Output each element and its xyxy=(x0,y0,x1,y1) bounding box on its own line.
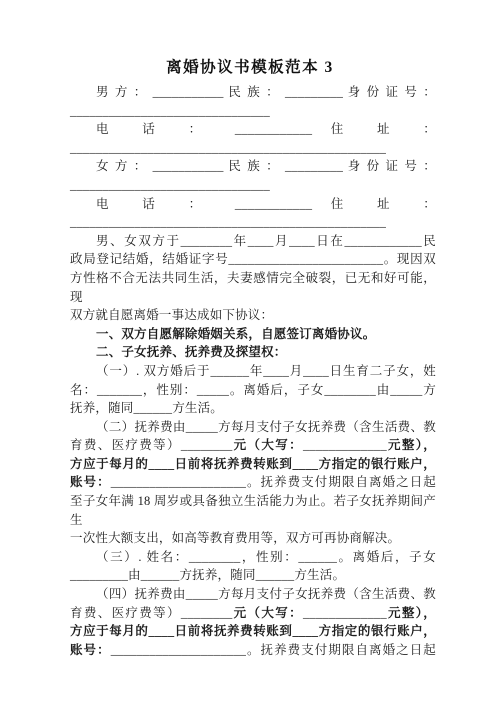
blank-field: ________________________________________… xyxy=(70,215,386,229)
text-segment: 账号： xyxy=(70,643,111,657)
text-segment: 元整）， xyxy=(387,438,436,452)
text-segment: 政局登记结婚，结婚证字号________________________。现因双 xyxy=(70,252,436,266)
text-segment: （四）抚养费由_____方每月支付子女抚养费（含生活费、教 xyxy=(96,587,436,601)
text-segment: 方应于每月的____日前将抚养费转账到____方指定的银行账户， xyxy=(70,624,436,638)
document-line: 账号：_____________________。抚养费支付期限自离婚之日起 xyxy=(70,641,436,660)
document-line: 男、女双方于________年____月____日在____________民 xyxy=(70,232,436,251)
document-line: 电 话 ： ____________ 住 址 ： xyxy=(70,120,436,139)
document-line: ________________________________________… xyxy=(70,139,436,158)
document-title: 离婚协议书模板范本 3 xyxy=(0,57,500,78)
document-page: 离婚协议书模板范本 3 男 方 ： ___________ 民 族 ： ____… xyxy=(0,0,500,707)
text-segment: 至子女年满 18 周岁或具备独立生活能力为止。若子女抚养期间产生 xyxy=(70,494,436,527)
text-segment: _________由______方抚养，随同______方生活。 xyxy=(70,568,345,582)
text-segment: 二、子女抚养、抚养费及探望权： xyxy=(96,345,287,359)
text-segment: 一次性大额支出，如高等教育费用等，双方可再协商解决。 xyxy=(70,531,400,545)
document-body: 男 方 ： ___________ 民 族 ： _________ 身 份 证 … xyxy=(70,83,436,659)
blank-field: ________________________________________… xyxy=(70,141,386,155)
document-line: （一）. 双方婚后于______年____月____日生育二子女，姓 xyxy=(70,362,436,381)
blank-field: _______________________________ xyxy=(70,104,270,118)
document-line: 政局登记结婚，结婚证字号________________________。现因双 xyxy=(70,250,436,269)
document-line: 育费、医疗费等）________元（大写：_____________元整）， xyxy=(70,604,436,623)
document-line: _________由______方抚养，随同______方生活。 xyxy=(70,566,436,585)
text-segment: 名：_______，性别：_____。离婚后，子女________由_____方 xyxy=(70,383,436,397)
document-line: _______________________________ xyxy=(70,176,436,195)
text-segment: 方性格不合无法共同生活，夫妻感情完全破裂，已无和好可能，现 xyxy=(70,271,436,304)
text-segment: 元（大写： xyxy=(232,438,302,452)
text-segment: 方应于每月的____日前将抚养费转账到____方指定的银行账户， xyxy=(70,457,436,471)
blank-field: _____________________ xyxy=(111,475,246,489)
document-line: 双方就自愿离婚一事达成如下协议： xyxy=(70,306,436,325)
text-segment: 元（大写： xyxy=(232,606,302,620)
document-line: 抚养，随同______方生活。 xyxy=(70,399,436,418)
blank-field: _______________________________ xyxy=(70,178,270,192)
text-segment: 男 方 ： ___________ 民 族 ： _________ 身 份 证 … xyxy=(96,85,436,99)
text-segment: 育费、医疗费等）________ xyxy=(70,438,232,452)
document-line: 育费、医疗费等）________元（大写：_____________元整）， xyxy=(70,436,436,455)
document-line: 方性格不合无法共同生活，夫妻感情完全破裂，已无和好可能，现 xyxy=(70,269,436,306)
document-line: 名：_______，性别：_____。离婚后，子女________由_____方 xyxy=(70,381,436,400)
text-segment: 。抚养费支付期限自离婚之日起 xyxy=(246,643,436,657)
document-line: 一、双方自愿解除婚姻关系，自愿签订离婚协议。 xyxy=(70,325,436,344)
document-line: 方应于每月的____日前将抚养费转账到____方指定的银行账户， xyxy=(70,622,436,641)
document-line: ________________________________________… xyxy=(70,213,436,232)
text-segment: 双方就自愿离婚一事达成如下协议： xyxy=(70,308,273,322)
text-segment: 元整）， xyxy=(387,606,436,620)
text-segment: 育费、医疗费等）________ xyxy=(70,606,232,620)
document-line: _______________________________ xyxy=(70,102,436,121)
document-line: 男 方 ： ___________ 民 族 ： _________ 身 份 证 … xyxy=(70,83,436,102)
document-line: 电 话 ： ____________ 住 址 ： xyxy=(70,195,436,214)
text-segment: 。抚养费支付期限自离婚之日起 xyxy=(246,475,436,489)
text-segment: 女 方 ： ___________ 民 族 ： _________ 身 份 证 … xyxy=(96,159,436,173)
document-line: 女 方 ： ___________ 民 族 ： _________ 身 份 证 … xyxy=(70,157,436,176)
text-segment: 电 话 ： ____________ 住 址 ： xyxy=(96,197,436,211)
document-line: （二）抚养费由_____方每月支付子女抚养费（含生活费、教 xyxy=(70,418,436,437)
document-line: 方应于每月的____日前将抚养费转账到____方指定的银行账户， xyxy=(70,455,436,474)
document-line: 一次性大额支出，如高等教育费用等，双方可再协商解决。 xyxy=(70,529,436,548)
document-line: 至子女年满 18 周岁或具备独立生活能力为止。若子女抚养期间产生 xyxy=(70,492,436,529)
document-line: 账号：_____________________。抚养费支付期限自离婚之日起 xyxy=(70,473,436,492)
text-segment: 账号： xyxy=(70,475,111,489)
document-line: （四）抚养费由_____方每月支付子女抚养费（含生活费、教 xyxy=(70,585,436,604)
document-line: 二、子女抚养、抚养费及探望权： xyxy=(70,343,436,362)
text-segment: （一）. 双方婚后于______年____月____日生育二子女，姓 xyxy=(96,364,436,378)
blank-field: _____________ xyxy=(303,606,387,620)
blank-field: _____________ xyxy=(303,438,387,452)
text-segment: （二）抚养费由_____方每月支付子女抚养费（含生活费、教 xyxy=(96,420,436,434)
text-segment: 男、女双方于________年____月____日在____________民 xyxy=(96,234,436,248)
text-segment: 抚养，随同______方生活。 xyxy=(70,401,223,415)
text-segment: 电 话 ： ____________ 住 址 ： xyxy=(96,122,436,136)
text-segment: （三）. 姓名：________，性别：______。离婚后，子女 xyxy=(96,550,436,564)
document-line: （三）. 姓名：________，性别：______。离婚后，子女 xyxy=(70,548,436,567)
blank-field: _____________________ xyxy=(111,643,246,657)
text-segment: 一、双方自愿解除婚姻关系，自愿签订离婚协议。 xyxy=(96,327,375,341)
